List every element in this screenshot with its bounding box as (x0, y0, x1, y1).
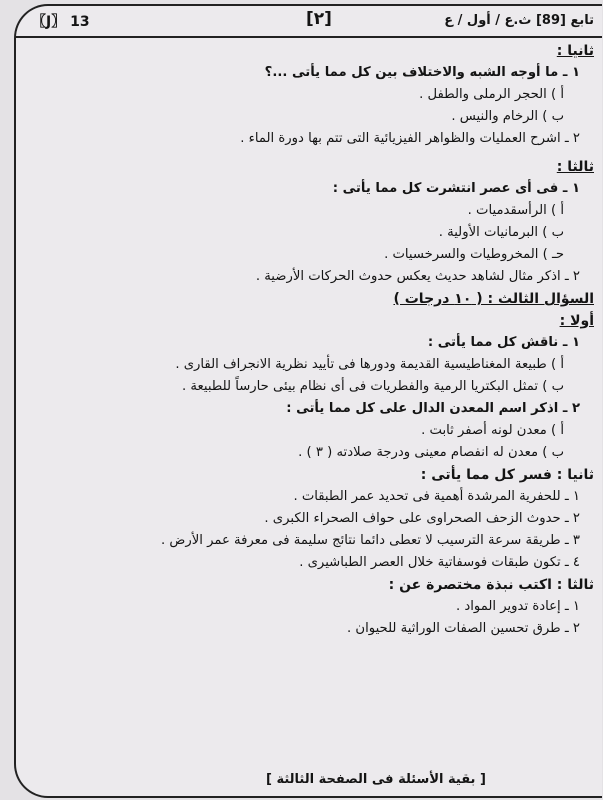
list-item: ٢ ـ طرق تحسين الصفات الوراثية للحيوان . (24, 618, 594, 640)
list-item: ٢ ـ حدوث الزحف الصحراوى على حواف الصحراء… (24, 508, 594, 530)
list-item: ٣ ـ طريقة سرعة الترسيب لا تعطى دائما نتا… (24, 530, 594, 552)
continued-note: [ بقية الأسئلة فى الصفحة الثالثة ] (266, 772, 486, 787)
section-title: ثانيا : (24, 40, 594, 62)
sub-item: أ ) الحجر الرملى والطفل . (24, 84, 594, 106)
question: ٢ ـ اذكر مثال لشاهد حديث يعكس حدوث الحرك… (24, 266, 594, 288)
sub-item: أ ) طبيعة المغناطيسية القديمة ودورها فى … (24, 354, 594, 376)
list-item: ١ ـ إعادة تدوير المواد . (24, 596, 594, 618)
question: ٢ ـ اشرح العمليات والظواهر الفيزيائية ال… (24, 128, 594, 150)
section-title: ثالثا : اكتب نبذة مختصرة عن : (24, 574, 594, 596)
section-title: أولا : (24, 310, 594, 332)
form-code: 〖J〗 13 (32, 11, 90, 31)
question-three-title: السؤال الثالث : ( ١٠ درجات ) (24, 288, 594, 310)
page-header: تابع [89] ث.ع / أول / ع [٢] 〖J〗 13 (16, 6, 602, 38)
section-title: ثالثا : (24, 156, 594, 178)
exam-page: تابع [89] ث.ع / أول / ع [٢] 〖J〗 13 ثانيا… (14, 4, 602, 798)
section-title: ثانيا : فسر كل مما يأتى : (24, 464, 594, 486)
page-number: [٢] (306, 9, 332, 29)
list-item: ١ ـ للحفرية المرشدة أهمية فى تحديد عمر ا… (24, 486, 594, 508)
sub-item: ب ) الرخام والنيس . (24, 106, 594, 128)
sub-item: ب ) تمثل البكتريا الرمية والفطريات فى أى… (24, 376, 594, 398)
question: ١ ـ فى أى عصر انتشرت كل مما يأتى : (24, 178, 594, 200)
sub-item: ب ) البرمانيات الأولية . (24, 222, 594, 244)
sub-item: حـ ) المخروطيات والسرخسيات . (24, 244, 594, 266)
sub-item: أ ) الرأسقدميات . (24, 200, 594, 222)
question: ٢ ـ اذكر اسم المعدن الدال على كل مما يأت… (24, 398, 594, 420)
question: ١ ـ ناقش كل مما يأتى : (24, 332, 594, 354)
sub-item: أ ) معدن لونه أصفر ثابت . (24, 420, 594, 442)
exam-code: تابع [89] ث.ع / أول / ع (444, 13, 594, 28)
list-item: ٤ ـ تكون طبقات فوسفاتية خلال العصر الطبا… (24, 552, 594, 574)
question: ١ ـ ما أوجه الشبه والاختلاف بين كل مما ي… (24, 62, 594, 84)
exam-content: ثانيا : ١ ـ ما أوجه الشبه والاختلاف بين … (24, 40, 594, 640)
sub-item: ب ) معدن له انفصام معينى ودرجة صلادته ( … (24, 442, 594, 464)
